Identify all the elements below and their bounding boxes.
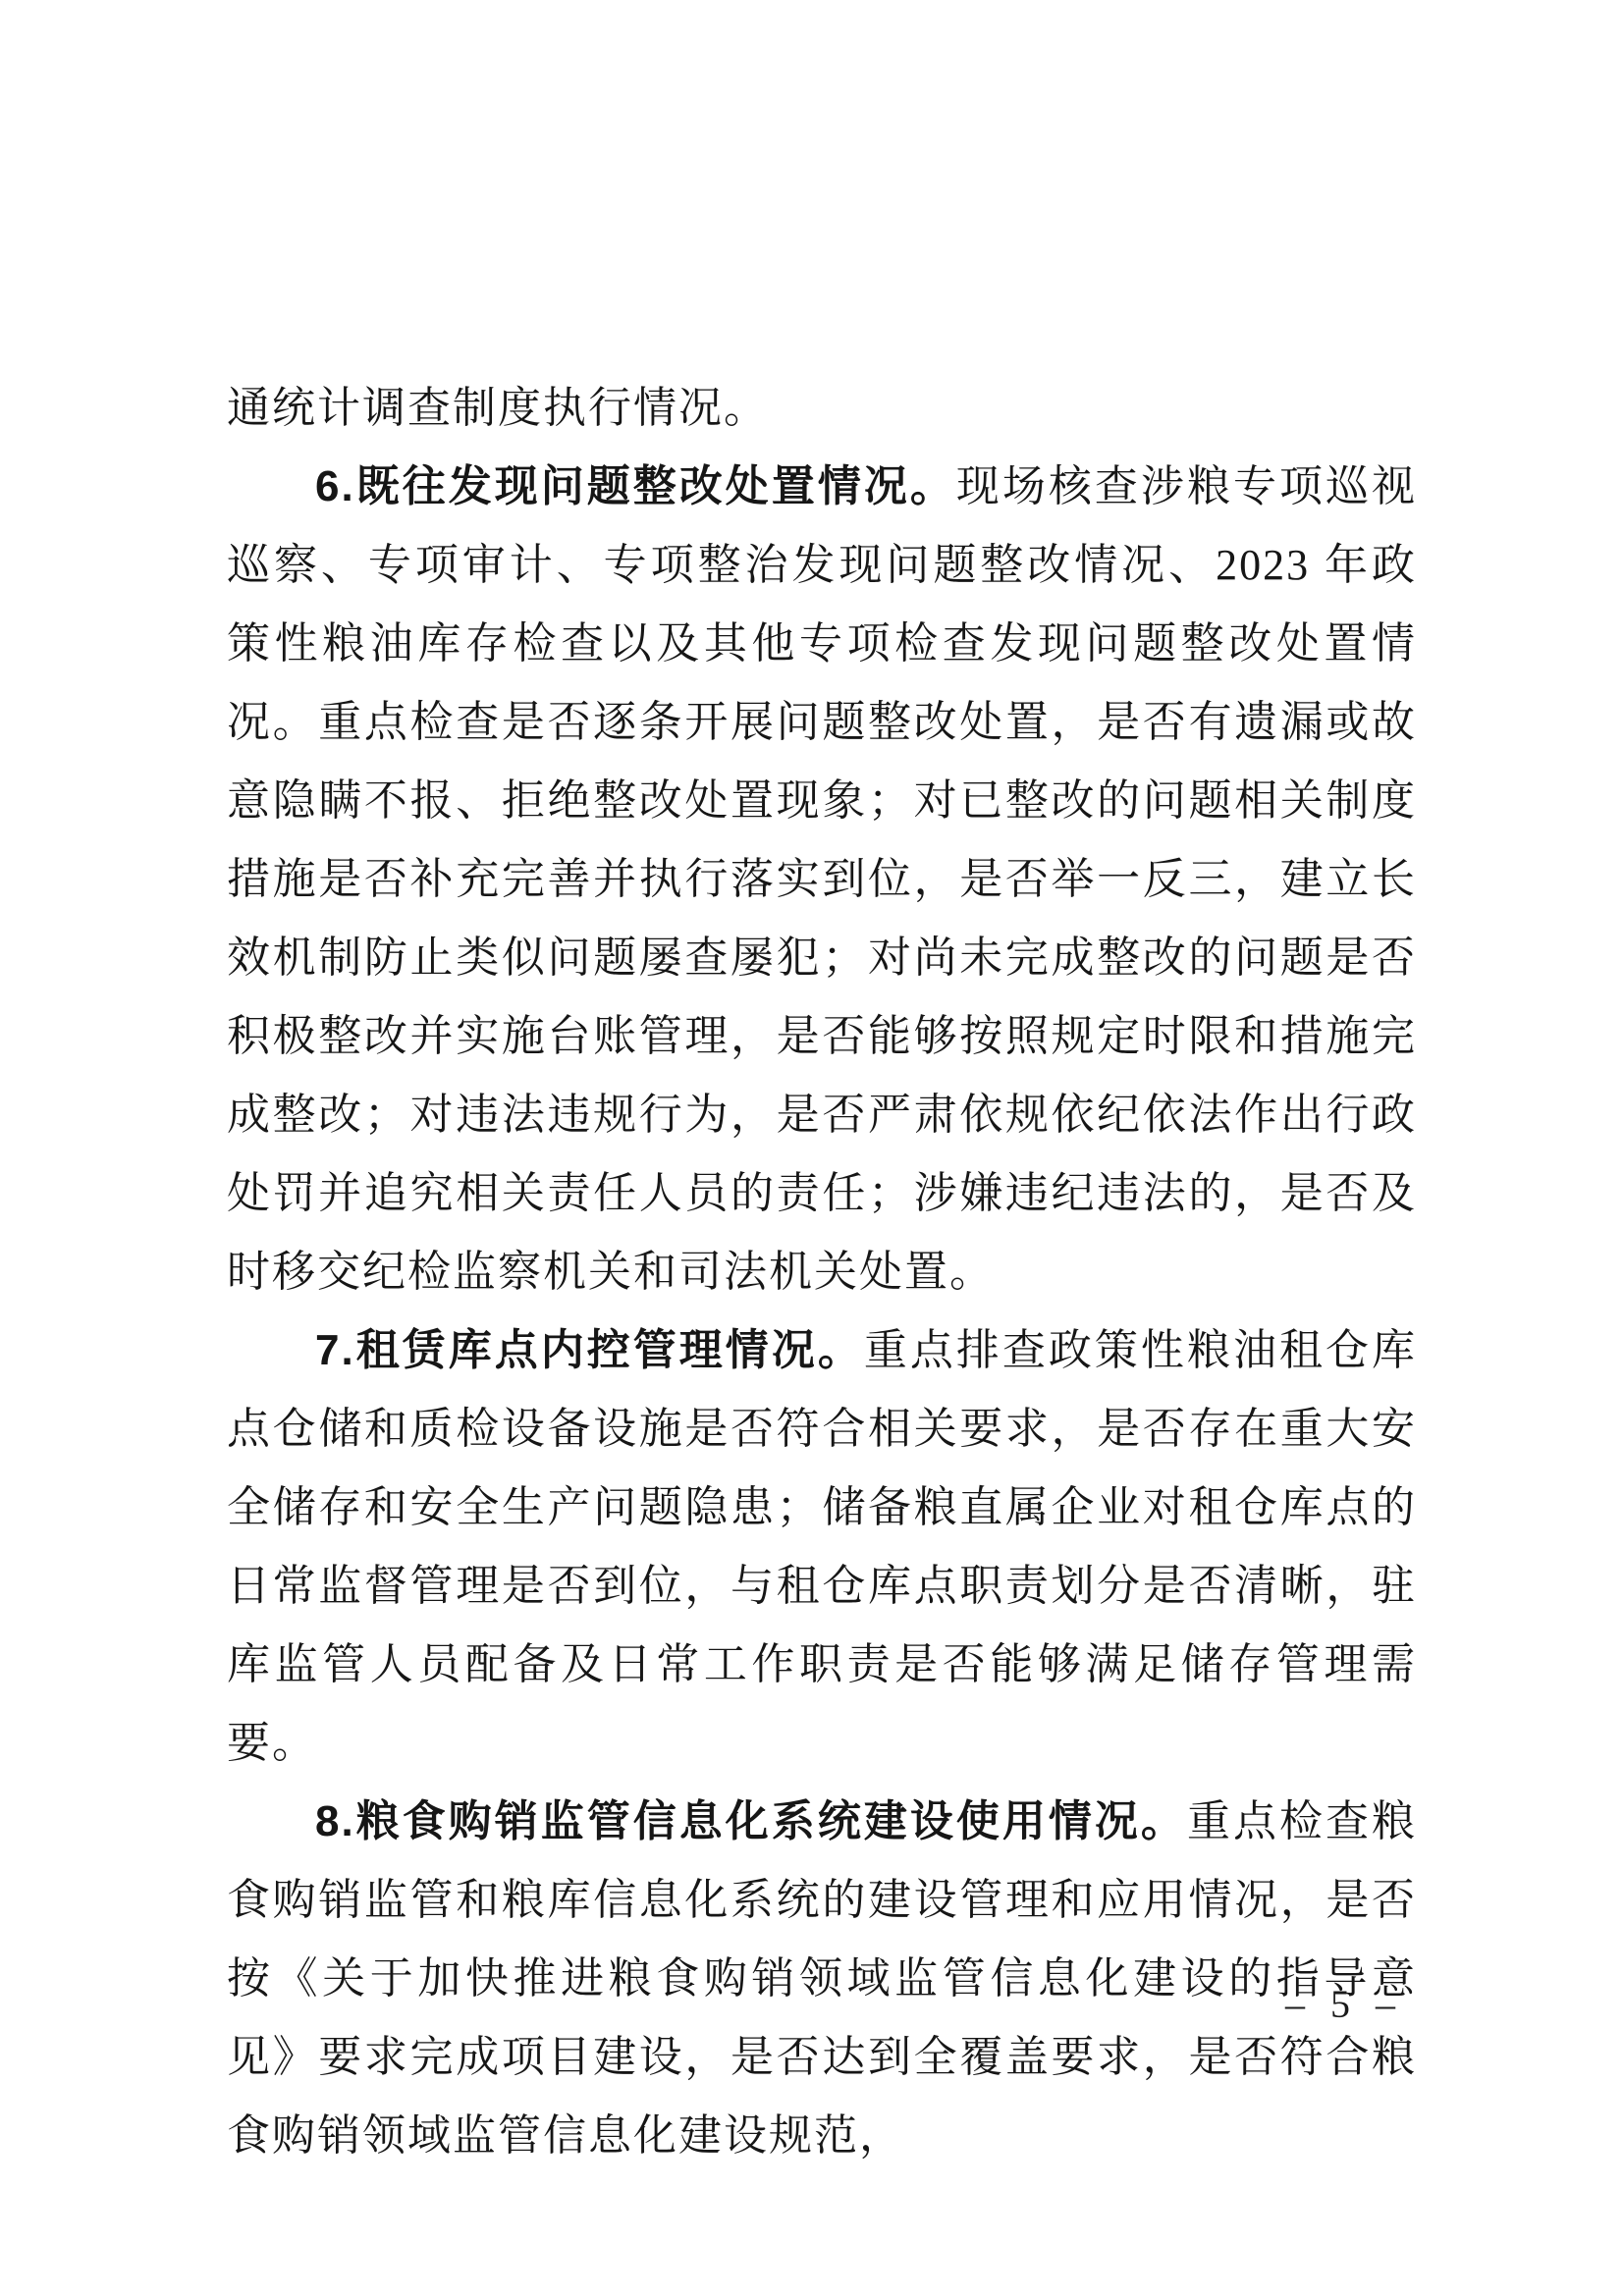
paragraph-continuation: 通统计调查制度执行情况。 [227, 369, 1417, 448]
item-6-heading: 6.既往发现问题整改处置情况。 [315, 462, 956, 510]
item-7-heading: 7.租赁库点内控管理情况。 [315, 1326, 864, 1374]
document-page: 通统计调查制度执行情况。 6.既往发现问题整改处置情况。现场核查涉粮专项巡视巡察… [0, 0, 1623, 2296]
item-8-heading: 8.粮食购销监管信息化系统建设使用情况。 [315, 1797, 1187, 1845]
item-6-text: 现场核查涉粮专项巡视巡察、专项审计、专项整治发现问题整改情况、2023 年政策性… [227, 462, 1417, 1296]
paragraph-item-8: 8.粮食购销监管信息化系统建设使用情况。重点检查粮食购销监管和粮库信息化系统的建… [227, 1783, 1417, 2175]
item-8-text: 重点检查粮食购销监管和粮库信息化系统的建设管理和应用情况，是否按《关于加快推进粮… [227, 1797, 1417, 2160]
paragraph-item-6: 6.既往发现问题整改处置情况。现场核查涉粮专项巡视巡察、专项审计、专项整治发现问… [227, 448, 1417, 1311]
paragraph-text: 通统计调查制度执行情况。 [227, 384, 769, 432]
document-body: 通统计调查制度执行情况。 6.既往发现问题整改处置情况。现场核查涉粮专项巡视巡察… [227, 369, 1417, 2175]
item-7-text: 重点排查政策性粮油租仓库点仓储和质检设备设施是否符合相关要求，是否存在重大安全储… [227, 1326, 1417, 1767]
page-number: – 5 – [1285, 1981, 1403, 2028]
paragraph-item-7: 7.租赁库点内控管理情况。重点排查政策性粮油租仓库点仓储和质检设备设施是否符合相… [227, 1311, 1417, 1783]
